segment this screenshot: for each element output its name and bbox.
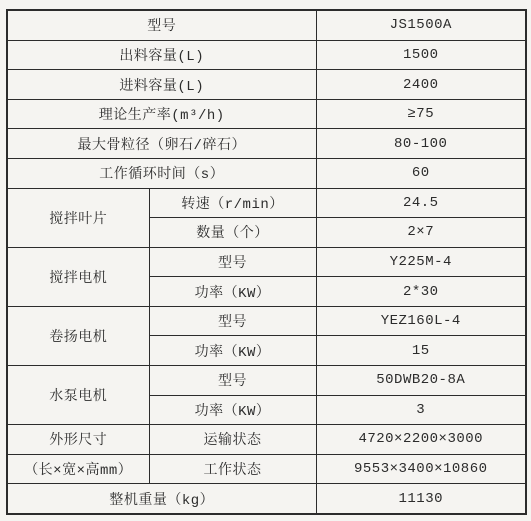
table-row: 卷扬电机 型号 YEZ160L-4 (7, 306, 526, 336)
spec-value-cell: 2400 (316, 70, 526, 100)
spec-group-cell: 搅拌叶片 (7, 188, 149, 247)
spec-sublabel-cell: 运输状态 (149, 425, 316, 455)
spec-label-cell: 工作循环时间（s） (7, 159, 316, 189)
spec-sublabel-cell: 功率（KW） (149, 395, 316, 425)
spec-sublabel-cell: 转速（r/min） (149, 188, 316, 218)
table-row: 工作循环时间（s） 60 (7, 159, 526, 189)
spec-value-cell: JS1500A (316, 10, 526, 40)
table-row: 搅拌叶片 转速（r/min） 24.5 (7, 188, 526, 218)
spec-value-cell: 3 (316, 395, 526, 425)
spec-label-cell: 最大骨粒径（卵石/碎石） (7, 129, 316, 159)
spec-value-cell: 11130 (316, 484, 526, 514)
spec-value-cell: 1500 (316, 40, 526, 70)
spec-label-cell: 整机重量（kg） (7, 484, 316, 514)
spec-sublabel-cell: 工作状态 (149, 454, 316, 484)
table-row: 理论生产率(m³/h) ≥75 (7, 99, 526, 129)
table-row: 外形尺寸 运输状态 4720×2200×3000 (7, 425, 526, 455)
spec-sublabel-cell: 功率（KW） (149, 277, 316, 307)
spec-group-cell: 搅拌电机 (7, 247, 149, 306)
spec-value-cell: 80-100 (316, 129, 526, 159)
spec-group-cell: 卷扬电机 (7, 306, 149, 365)
table-row: （长×宽×高mm） 工作状态 9553×3400×10860 (7, 454, 526, 484)
table-row: 进料容量(L) 2400 (7, 70, 526, 100)
table-row: 出料容量(L) 1500 (7, 40, 526, 70)
spec-value-cell: 60 (316, 159, 526, 189)
spec-group-cell: 外形尺寸 (7, 425, 149, 455)
spec-group-cell: （长×宽×高mm） (7, 454, 149, 484)
table-row: 最大骨粒径（卵石/碎石） 80-100 (7, 129, 526, 159)
spec-value-cell: 15 (316, 336, 526, 366)
spec-value-cell: 2×7 (316, 218, 526, 248)
spec-group-cell: 水泵电机 (7, 365, 149, 424)
spec-label-cell: 理论生产率(m³/h) (7, 99, 316, 129)
table-row: 水泵电机 型号 50DWB20-8A (7, 365, 526, 395)
spec-value-cell: 50DWB20-8A (316, 365, 526, 395)
spec-sublabel-cell: 数量（个） (149, 218, 316, 248)
spec-sublabel-cell: 功率（KW） (149, 336, 316, 366)
table-row: 型号 JS1500A (7, 10, 526, 40)
spec-value-cell: Y225M-4 (316, 247, 526, 277)
spec-value-cell: 9553×3400×10860 (316, 454, 526, 484)
spec-sublabel-cell: 型号 (149, 306, 316, 336)
spec-label-cell: 出料容量(L) (7, 40, 316, 70)
spec-table: 型号 JS1500A 出料容量(L) 1500 进料容量(L) 2400 理论生… (6, 9, 527, 515)
spec-sublabel-cell: 型号 (149, 365, 316, 395)
spec-sublabel-cell: 型号 (149, 247, 316, 277)
spec-value-cell: 2*30 (316, 277, 526, 307)
table-row: 搅拌电机 型号 Y225M-4 (7, 247, 526, 277)
spec-label-cell: 型号 (7, 10, 316, 40)
spec-value-cell: YEZ160L-4 (316, 306, 526, 336)
spec-value-cell: 4720×2200×3000 (316, 425, 526, 455)
spec-label-cell: 进料容量(L) (7, 70, 316, 100)
spec-value-cell: ≥75 (316, 99, 526, 129)
spec-value-cell: 24.5 (316, 188, 526, 218)
table-row: 整机重量（kg） 11130 (7, 484, 526, 514)
